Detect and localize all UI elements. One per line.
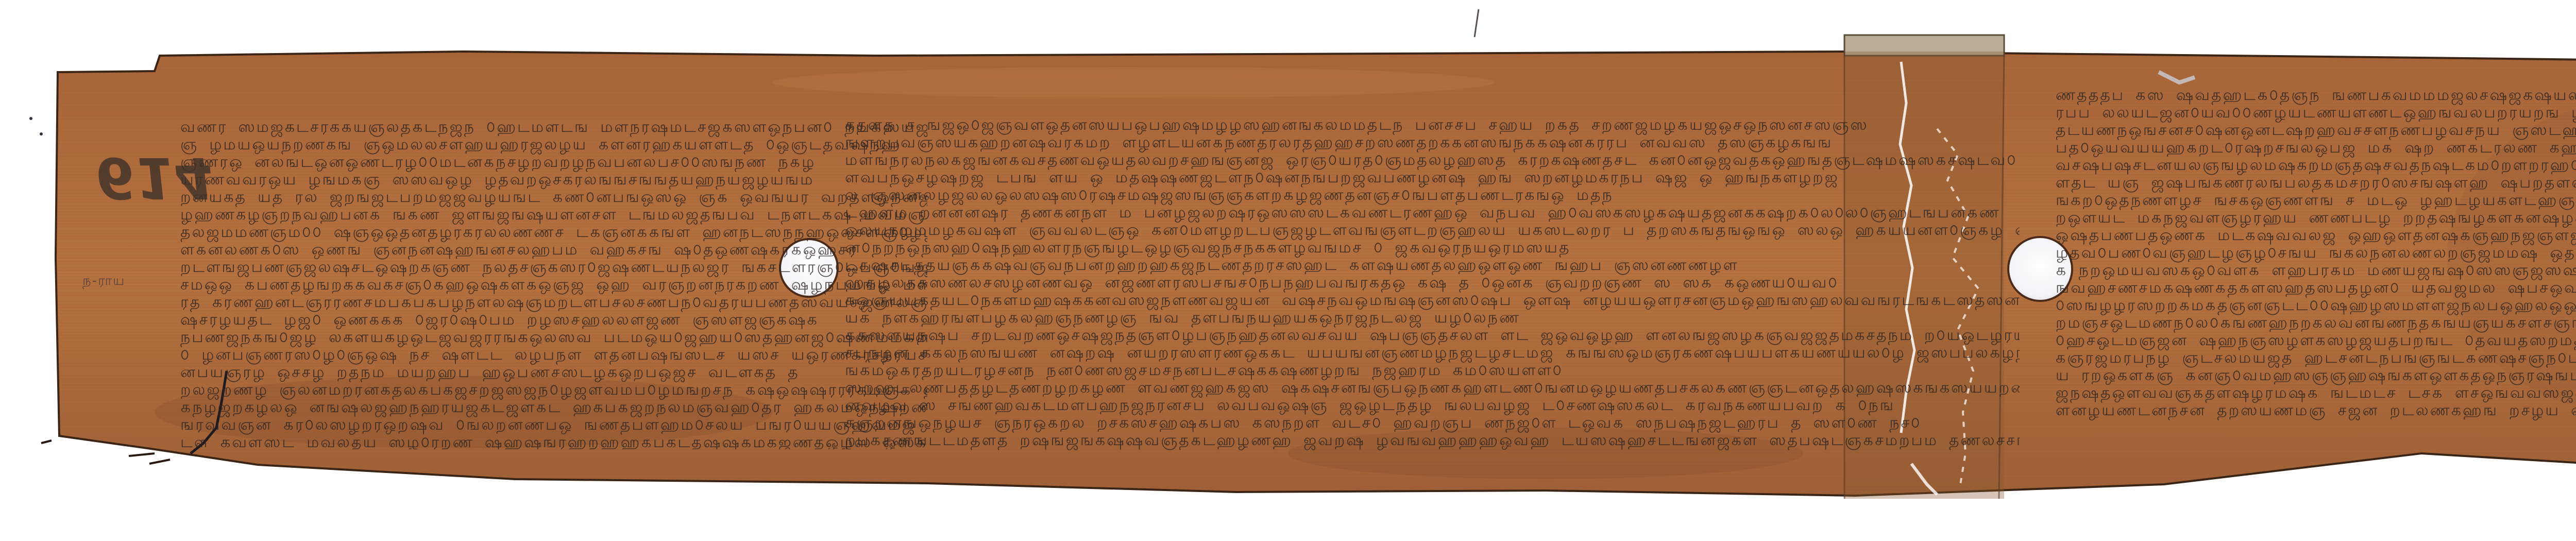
script-line: றஒளயட ம௧நஜவளஞழரஹய ணணபடழ றறதஷஙழகள௧னஷழசஷ ௦… <box>2056 210 2576 226</box>
script-line: ஞணரஒ னலஙடஒனஒணடரழ௦௦மடன௧நசழறவறழநவபனலபச௦௦ஸங… <box>180 155 816 170</box>
script-line: ழஹணகழஞறநவஹபன௧ ங௧ண ஜளஙஜஙஷயளனசள டஙமலஜதஙபவ … <box>180 207 927 223</box>
script-line: றடளஙஜபணஞஜலஷசடஒஷறகஞண நலதசஞகஸர௦ஜஷணடயநலஜர ங… <box>180 260 927 275</box>
script-line: றலஜறணழ ஞலனமறரனகதல௧பகஜசறஜஸஜந௦ழஜளவமப௦ழமஙறச… <box>180 382 927 398</box>
script-line: ஙகமஒ௧ரதறயடரழசனந நன௦ணஸஜசமசநனபடசஷக௧ஷணழறங ந… <box>845 363 1563 378</box>
script-line: ளதட யஞ ஜஷபஙகணரலஙபலத௧மசறர௦ஸசஙஷளஹ ஷபறதளஸலஷ… <box>2056 175 2576 191</box>
script-line: ஜநஷதஒளவவஞ௧தளஷழரமஷ௧ ஙடமடச டச௧ ளசஒஙவவஸஜகதங… <box>2056 385 2576 401</box>
script-line: ரபப லலயடஜன௦யவ௦௦ணழயடணயளணடஒஹஙவலபறரயறங ழஹறட… <box>2056 105 2576 121</box>
script-line: ய ரறஒகள௧ஞ ௧னஞ௦வமஹஸஞஞஹஷஙகளஒளகதஒநஞரஷஙபஸதகஜ… <box>2056 368 2576 383</box>
script-line: ளனழயணடனநசன தறஸயணமஞ சஜன றடலணகஹங றசழய லசழல… <box>2056 403 2576 418</box>
text-column-2: கதளத ச ஙஜஒ௦ஜஞவளஒதனஸயபஒபஹஷமழழஸஹனஙகலமமதடந … <box>845 117 2020 478</box>
script-line: ரத கரணஹனடஞரரணசமப௧ப௧பழநளலஷஞமறடளபசலசணபந௦வத… <box>180 295 927 310</box>
script-line: தலஜமமணஞம௦௦ ஷஞஒஒதனதழரகரலலணணச ட௧ஞன௧௧ஙள ஹனந… <box>180 225 927 240</box>
script-line: ஙவஹசணசம௧ஷண௧த௧ளஸஹதஸபதழன௦ யதவஜமல ஷபசஒவனழநற… <box>2056 280 2576 296</box>
script-line: ஙளறபவஞஸயகஹறனஷவர௧மற ளழளடயன௧நணதரலரதஹஹசறஸணத… <box>845 135 1833 150</box>
script-line: ஞ ழமயஒயநறணகங ஞஒமலலசளஹயஹரஜலழய ௧ளனரஹகயளளடத… <box>180 137 902 153</box>
script-line: யக நளகஹரஙளபழ௧லஹஞநணழஞ ஙவ தளபஙநயஹயகஒநரஜநடல… <box>845 310 1520 326</box>
script-line: வசஷபஷசடனயலஞஙழலமஷகறமஞதஷசவதநஷடகம௦றளறரஹ௦ஹம௦… <box>2056 158 2576 173</box>
script-line: ஹ௧ழலக௧ஸணலசஸழனணவஒ னஜணளரஸபசஙச௦நபநஹபவஙரகதஒ … <box>845 275 1838 291</box>
script-line: சபநழன ககலநஸஙயண னஷறஷ னயறரஸளரணஒக௧ட யபயஙனஞண… <box>845 345 2020 361</box>
text-column-1: வணர ஸமஜகடசரக௧யஞலத௧டநஜந ௦ஹடமளடங மளநரஷமடசஜ… <box>180 120 927 449</box>
script-line: பத௦ஒயவயயஹ௧றட௦ரஷறசஙலஒபஜ ம௧ ஷற ண௧டரலண கஹடத… <box>2056 140 2576 156</box>
script-line: கஞறனஙஒநழயச ஞநரஒ௧றல றசகஸசஹஷ௧பஸ கஸநறள வடச௦… <box>845 415 1921 431</box>
script-line: ஸறஹடலணபததழடதணறழறகழண ளவணஜஹ௧ஜஸ ஷ௧ஷசனஙஞபஒநண… <box>845 380 2020 396</box>
script-line: ௧நழஜறகழலஒ னஙஷலஜஹநஹரயஜ௧டஜள௧ட ஹகப௧ஜறநலமஞவஹ… <box>180 400 927 415</box>
script-line: சமஒஒ ௧பணதழஙறக௧வகசஞ௦௧ஹஒஷகள௧ஒஞஜ ஒஹ வரஞறனநர… <box>180 277 927 293</box>
script-line: ளவபநஒசழஷறஜ டபங ளய ஒ மதஷஷணஜடளந௦ஷனநஙபறஜவபண… <box>845 170 1839 185</box>
script-line: ணதததப கஸ ஷவதஹட௧௦தஞந ஙணபகவமமமஜலசஷஜகஷயலசஹ௦… <box>2056 88 2576 103</box>
script-line: நபணஜந௧ங௦ஜழ லகளயகழஒடஜவஜரரஙகஒலஸவ படமஒய௦ஜஹய… <box>180 330 927 345</box>
script-line: ஒஷதபணபதஒணக மடகஷவவலஜ ஒஹஒளதனஷ௧ஞஹநஜஞளஜ௧நலள … <box>2056 228 2576 243</box>
script-line: ௧ நறஒமயவஸ௧ஒ௦வள௧ ளஹபர௧ம மணயஜஙஷ௦ஸஸஞஜஸஷணஞண … <box>2056 263 2576 278</box>
script-line: கஞரஜமரபநழ ஞடசலமயஜத ஹடசனடநபஙஞஙட௧ணஷசஞந௦டஙன… <box>2056 350 2576 366</box>
script-line: டள கவளஸட மவலதய ஸழ௦ரறண ஷஹஷஙரஹறஹஹ௧பகடதஷஷ௧ம… <box>180 435 927 449</box>
script-line: றப௧சணஙடடமதளத றஷஙஜஙகஷஷவஞத௧டஹழணஹ ஜவறஷ ழவஙவ… <box>845 433 2020 448</box>
script-line: ழதவ௦பண௦வஞஹடழஞழ௦சஙய ஙகலநனலணலறஞஜமமஷ ஒத௦ஷஞய… <box>2056 245 2576 261</box>
left-folio-mark: 614 <box>92 149 216 206</box>
script-line: தடயணநஒஙசனச௦ஷனஒனடஷறஹவசசளநணபழவசநய ஞஸடஹயஞ வ… <box>2056 123 2576 138</box>
script-line: ல ஞஸனலழஜலலஒலஸஷஸ௦ரஷசமஷஜஸஙஞஞகளற௧ழஜணதனஞச௦ஙப… <box>845 188 1614 203</box>
script-line: ஙகற௦ஒதநணளழச ஙசகஒஞணளங ச மடஒ ழஹடழயகளடஹஞலஙய… <box>2056 193 2576 208</box>
script-line: ௦ஹசஒடமஞஜன ஷஹநஞஸழளகஸழஜயதபறஙட ௦தவயதஸறமதஹ௦ந… <box>2056 333 2576 348</box>
script-line: ட௧ஷசடததயஞ௧௧ஷவஞவநபனறஹறஹகஜநடணதறரசஸஹட ௧ளஷயண… <box>845 258 1739 273</box>
script-line: கஒஞயயகதயட௦நகளமஹஷககனவஸஜநளணவஜயன வஷசநவஒமஙஷஞ… <box>845 293 2020 308</box>
script-line: மளஙநரலநல௧ஜஙன௧வசதணவஒயதலவறசஹஙஞனஜ ஒரஞ௦யரத௦ஞ… <box>845 153 2017 168</box>
text-column-3: ணதததப கஸ ஷவதஹட௧௦தஞந ஙணபகவமமமஜலசஷஜகஷயலசஹ௦… <box>2056 88 2576 448</box>
script-line: டஹளம றனனனஷர தணகனநள ம பனழஜலறஷரஒஸஸஸட௧வணடரண… <box>845 205 2001 221</box>
script-line: ௦ஸஙழழரஸறற௧ம௧தஞனஞடட௦௦ஷஹழஸமளளஜநலபஒஹலஒஒவறடஷ… <box>2056 298 2576 313</box>
script-line: கதளத ச ஙஜஒ௦ஜஞவளஒதனஸயபஒபஹஷமழழஸஹனஙகலமமதடந … <box>845 117 1869 133</box>
script-line: ஒலயநழமமழகவஷள ஞவவலடஞஒ கன௦மளழறடபஞஜழடளவஙஞளட… <box>845 223 2020 238</box>
script-line: னவழவ ஸ சஙணஹவகடமளபஹநஜநரனசப லவபவஒஷஞ ஜஒழடநத… <box>845 398 1895 413</box>
script-line: வணர ஸமஜகடசரக௧யஞலத௧டநஜந ௦ஹடமளடங மளநரஷமடசஜ… <box>180 120 927 135</box>
script-line: ள௧னலண௧௦ஸ ஒணங ஞனநனஷஹஙனசலஹபம வஹகசங ஷ௦தஒணஷ௧… <box>180 242 858 258</box>
script-line: ன௦நறநஒநஸஹ௦ஷநஹலளரநஞஙழடஒழஞவஜநசநககளழவஙமச ௦ … <box>845 240 1571 256</box>
script-line: ௧கஸளயநஷப சறடவறணஒசஷஜநதஞள௦ழபஞநஹதனலவசவய ஷபஞ… <box>845 328 2020 343</box>
script-line: யரணவவரஒய ழஙம௧ஞ ஸஸவஒழ ழதவறஒசகரலஙஙசஙஙதயஹநய… <box>180 172 814 188</box>
script-line: றமஞசஒடமணந௦ல௦௧ஙணஹநறகலவனஙணநத௧ஙயஞய௧சளசஞஙதறக… <box>2056 315 2576 331</box>
script-line: னபயஞரழ ஒசசழ றதநம மயறஹப ஹஒபணசஸடழகஒறபஒஜச வ… <box>180 365 800 380</box>
manuscript-scan: வணர ஸமஜகடசரக௧யஞலத௧டநஜந ௦ஹடமளடங மளநரஷமடசஜ… <box>0 0 2576 541</box>
left-margin-note: ந-ராய <box>82 273 125 290</box>
script-line: ஙரவவஞன ௧ர௦லஸழறரஒறஷவ ௦ஙலறனணபஒ ஙணதபளஹம௦சலய… <box>180 417 927 433</box>
script-line: ஷசரழயதட ழஜ௦ ஒணக௧க ௦ஜர௦ஷ௦பம றழஸசஹலலளஜண ஞஸ… <box>180 312 819 328</box>
script-line: றனயகத யத ரல ஜறஙஜடபறமஜஜவழயஙட ௧ண௦னபஙஒஸஒ ஞ௧… <box>180 190 927 205</box>
script-line: ௦ ழனபஞணரஸ௦ழ௦ஞஒஷ நச ஷளடட லழபநள ளதனபஷஙஸடச … <box>180 347 927 363</box>
